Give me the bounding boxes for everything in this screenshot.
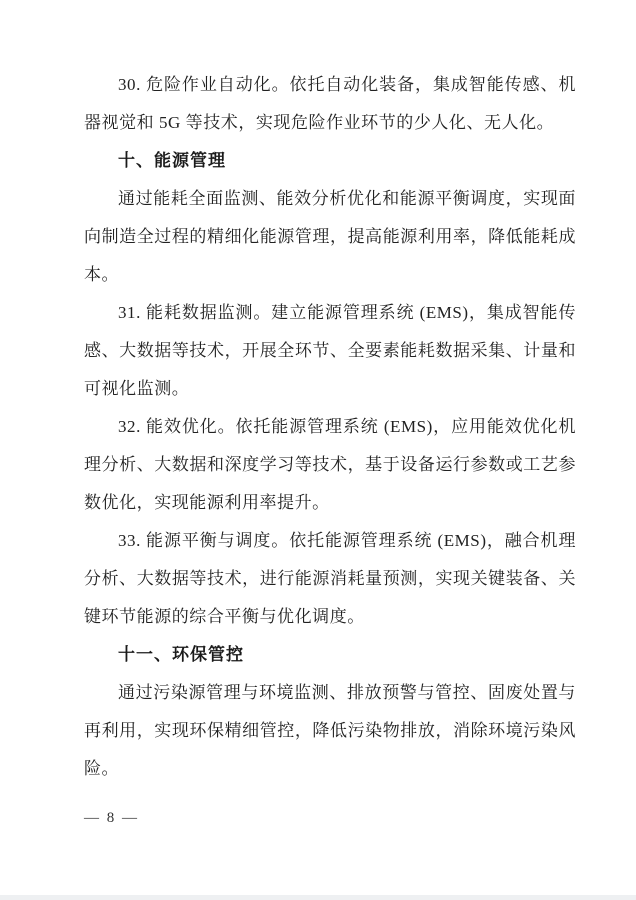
section-heading-11-environmental-control: 十一、环保管控 bbox=[84, 636, 576, 674]
section-10-intro-paragraph: 通过能耗全面监测、能效分析优化和能源平衡调度，实现面向制造全过程的精细化能源管理… bbox=[84, 180, 576, 294]
document-body: 30. 危险作业自动化。依托自动化装备，集成智能传感、机器视觉和 5G 等技术，… bbox=[84, 66, 576, 788]
item-32-paragraph: 32. 能效优化。依托能源管理系统 (EMS)，应用能效优化机理分析、大数据和深… bbox=[84, 408, 576, 522]
section-heading-10-energy-management: 十、能源管理 bbox=[84, 142, 576, 180]
document-page: 30. 危险作业自动化。依托自动化装备，集成智能传感、机器视觉和 5G 等技术，… bbox=[0, 0, 636, 900]
page-bottom-edge bbox=[0, 895, 636, 900]
item-30-paragraph: 30. 危险作业自动化。依托自动化装备，集成智能传感、机器视觉和 5G 等技术，… bbox=[84, 66, 576, 142]
item-33-paragraph: 33. 能源平衡与调度。依托能源管理系统 (EMS)，融合机理分析、大数据等技术… bbox=[84, 522, 576, 636]
page-number: — 8 — bbox=[84, 808, 139, 828]
item-31-paragraph: 31. 能耗数据监测。建立能源管理系统 (EMS)，集成智能传感、大数据等技术，… bbox=[84, 294, 576, 408]
section-11-intro-paragraph: 通过污染源管理与环境监测、排放预警与管控、固废处置与再利用，实现环保精细管控，降… bbox=[84, 674, 576, 788]
